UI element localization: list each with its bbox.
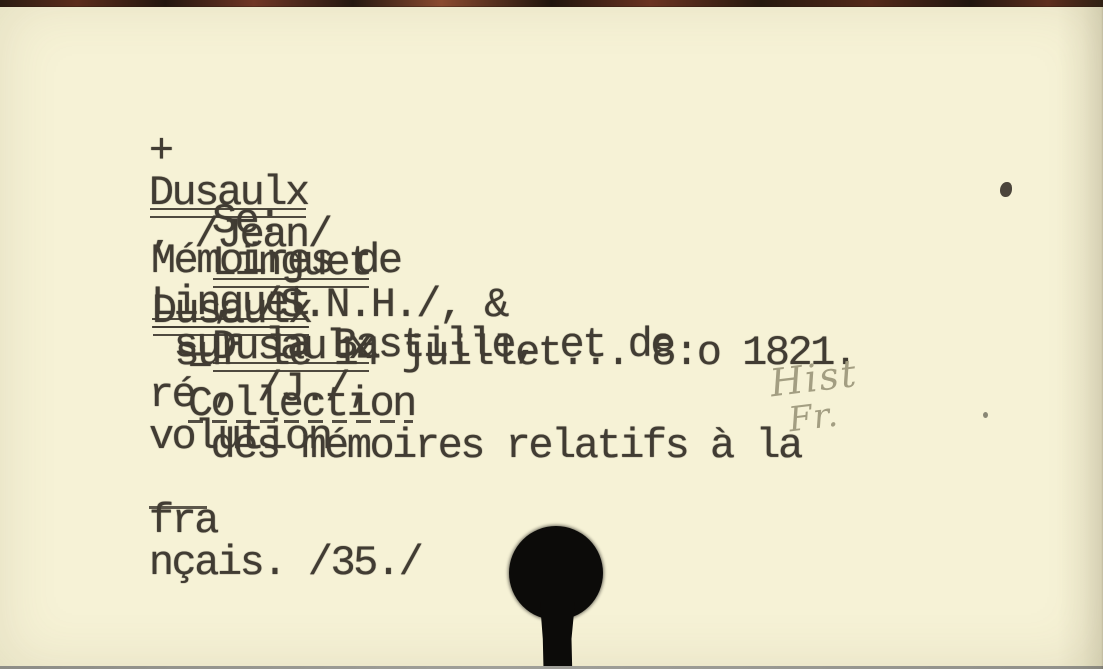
series-number: nçais. /35./ — [149, 542, 421, 584]
handwritten-annotation: Hist Fr. — [768, 353, 865, 439]
series-line-2: ré volution fra nçais. /35./ — [58, 332, 421, 626]
hole-punch-slot — [540, 602, 575, 669]
annotation-hist: Hist — [768, 353, 860, 403]
annotation-fr: Fr. — [787, 395, 865, 438]
catalog-card-scan: + Dusaulx , /Jean/ Se: Linguet , /S.N.H.… — [0, 0, 1103, 669]
ink-speck — [1000, 182, 1012, 197]
series-title-space — [149, 458, 172, 500]
series-title-fra: fra — [149, 500, 217, 542]
card-top-edge — [0, 0, 1103, 7]
series-title-volution: volution — [149, 416, 331, 458]
series-title-re: ré — [149, 374, 194, 416]
pencil-dot — [983, 412, 988, 418]
